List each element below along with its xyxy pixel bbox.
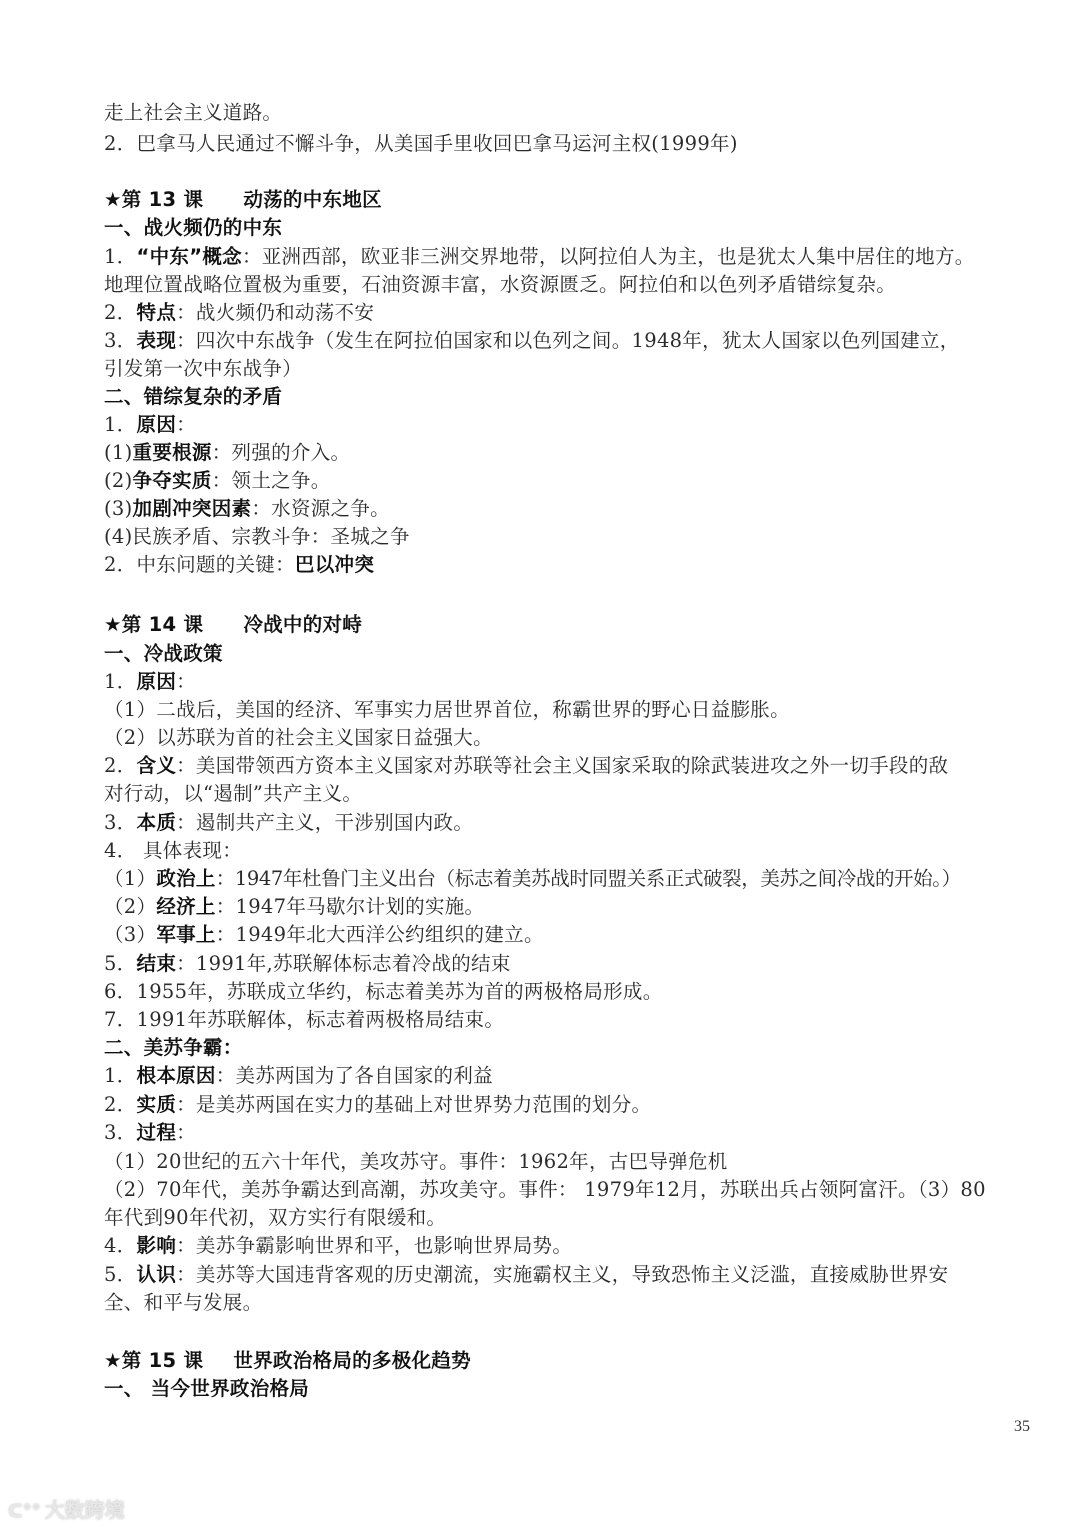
- sub-item: (3)加剧冲突因素：水资源之争。: [104, 495, 390, 523]
- intro-line-2: 2．巴拿马人民通过不懈斗争，从美国手里收回巴拿马运河主权(1999年): [104, 130, 738, 158]
- paragraph-cont: 引发第一次中东战争）: [104, 355, 302, 383]
- paragraph-cont: 全、和平与发展。: [104, 1289, 262, 1317]
- item-label: 争夺实质: [133, 469, 212, 492]
- paragraph: 1．原因：: [104, 411, 196, 439]
- paragraph: 3．本质：遏制共产主义，干涉别国内政。: [104, 809, 473, 837]
- item-label: 巴以冲突: [295, 553, 374, 576]
- lesson-number: 第 13 课: [122, 188, 204, 211]
- lesson-title: 世界政治格局的多极化趋势: [233, 1349, 471, 1372]
- item-number: 5．: [104, 952, 137, 975]
- sub-item: （2）70年代，美苏争霸达到高潮，苏攻美守。事件： 1979年12月，苏联出兵占…: [104, 1176, 986, 1204]
- watermark-text: 大数跨境: [45, 1498, 125, 1522]
- item-text: ：1947年马歇尔计划的实施。: [216, 895, 485, 918]
- lesson-title: 冷战中的对峙: [243, 613, 362, 636]
- lesson-15-heading: ★第 15 课世界政治格局的多极化趋势: [104, 1347, 471, 1375]
- item-number: 2．: [104, 301, 137, 324]
- paragraph: 3．表现：四次中东战争（发生在阿拉伯国家和以色列之间。1948年，犹太人国家以色…: [104, 327, 960, 355]
- paragraph: 2．实质：是美苏两国在实力的基础上对世界势力范围的划分。: [104, 1091, 651, 1119]
- item-number: 4．: [104, 1234, 137, 1257]
- colon: ：: [176, 413, 196, 436]
- sub-item: （1）20世纪的五六十年代，美攻苏守。事件：1962年，古巴导弹危机: [104, 1148, 728, 1176]
- lesson-number: 第 15 课: [122, 1349, 204, 1372]
- paragraph-cont: 地理位置战略位置极为重要，石油资源丰富，水资源匮乏。阿拉伯和以色列矛盾错综复杂。: [104, 271, 896, 299]
- sub-item: (1)重要根源：列强的介入。: [104, 439, 350, 467]
- item-number: (3): [104, 497, 133, 520]
- item-number: (2): [104, 469, 133, 492]
- item-label: 重要根源: [133, 441, 212, 464]
- item-number: 1．: [104, 1064, 137, 1087]
- colon: ：: [176, 670, 196, 693]
- watermark: ᑕ°°大数跨境: [8, 1494, 125, 1523]
- paragraph: 6．1955年，苏联成立华约，标志着美苏为首的两极格局形成。: [104, 978, 663, 1006]
- paragraph: 2．中东问题的关键：巴以冲突: [104, 551, 374, 579]
- item-text: ：水资源之争。: [251, 497, 390, 520]
- item-text: ：1991年,苏联解体标志着冷战的结束: [176, 952, 511, 975]
- item-text: ：遏制共产主义，干涉别国内政。: [176, 811, 473, 834]
- lesson-number: 第 14 课: [122, 613, 204, 636]
- sub-item: （2）经济上：1947年马歇尔计划的实施。: [104, 893, 484, 921]
- section-heading: 二、错综复杂的矛盾: [104, 383, 282, 411]
- item-label: 过程: [137, 1121, 177, 1144]
- item-number: 1．: [104, 245, 137, 268]
- intro-line-1: 走上社会主义道路。: [104, 99, 282, 127]
- sub-item: (2)争夺实质：领土之争。: [104, 467, 331, 495]
- item-label: 本质: [137, 811, 177, 834]
- item-text: ：战火频仍和动荡不安: [176, 301, 374, 324]
- section-heading: 一、 当今世界政治格局: [104, 1375, 309, 1403]
- watermark-logo-icon: ᑕ°°: [8, 1501, 41, 1522]
- item-label: 根本原因: [137, 1064, 216, 1087]
- paragraph: 2．含义：美国带领西方资本主义国家对苏联等社会主义国家采取的除武装进攻之外一切手…: [104, 752, 948, 780]
- item-text: ：美苏争霸影响世界和平，也影响世界局势。: [176, 1234, 572, 1257]
- item-number: 3．: [104, 1121, 137, 1144]
- paragraph: 3．过程：: [104, 1119, 196, 1147]
- item-number: 1．: [104, 413, 137, 436]
- item-label: 特点: [137, 301, 177, 324]
- item-label: “中东”概念: [137, 245, 242, 268]
- paragraph: 2．特点：战火频仍和动荡不安: [104, 299, 374, 327]
- star-icon: ★: [104, 613, 122, 636]
- item-label: 结束: [137, 952, 177, 975]
- sub-item: （3）军事上：1949年北大西洋公约组织的建立。: [104, 921, 544, 949]
- item-label: 表现: [137, 329, 177, 352]
- item-label: 原因: [137, 670, 177, 693]
- paragraph: 4． 具体表现：: [104, 837, 242, 865]
- page-number: 35: [1014, 1418, 1030, 1436]
- paragraph: 5．认识：美苏等大国违背客观的历史潮流，实施霸权主义，导致恐怖主义泛滥，直接威胁…: [104, 1261, 948, 1289]
- section-heading: 一、冷战政策: [104, 640, 223, 668]
- star-icon: ★: [104, 188, 122, 211]
- item-number: 2．: [104, 1093, 137, 1116]
- paragraph: 5．结束：1991年,苏联解体标志着冷战的结束: [104, 950, 511, 978]
- sub-item: （1）二战后，美国的经济、军事实力居世界首位，称霸世界的野心日益膨胀。: [104, 696, 790, 724]
- paragraph: 1．原因：: [104, 668, 196, 696]
- item-number: 3．: [104, 329, 137, 352]
- item-number: 1．: [104, 670, 137, 693]
- item-number: (1): [104, 441, 133, 464]
- item-label: 实质: [137, 1093, 177, 1116]
- section-heading: 一、战火频仍的中东: [104, 214, 282, 242]
- item-text: ：美苏两国为了各自国家的利益: [216, 1064, 493, 1087]
- item-label: 军事上: [156, 923, 215, 946]
- section-heading: 二、美苏争霸：: [104, 1034, 243, 1062]
- item-text: ：1949年北大西洋公约组织的建立。: [216, 923, 544, 946]
- paragraph: 1．“中东”概念：亚洲西部，欧亚非三洲交界地带，以阿拉伯人为主，也是犹太人集中居…: [104, 243, 975, 271]
- sub-item: (4)民族矛盾、宗教斗争：圣城之争: [104, 523, 410, 551]
- item-text: ：亚洲西部，欧亚非三洲交界地带，以阿拉伯人为主，也是犹太人集中居住的地方。: [242, 245, 975, 268]
- item-number: （3）: [104, 923, 156, 946]
- sub-item: （1）政治上：1947年杜鲁门主义出台（标志着美苏战时同盟关系正式破裂，美苏之间…: [104, 865, 961, 893]
- item-text: ：1947年杜鲁门主义出台（标志着美苏战时同盟关系正式破裂，美苏之间冷战的开始。…: [216, 867, 961, 890]
- item-text: 2．中东问题的关键：: [104, 553, 295, 576]
- item-text: ：列强的介入。: [212, 441, 351, 464]
- item-label: 政治上: [156, 867, 215, 890]
- item-text: ：是美苏两国在实力的基础上对世界势力范围的划分。: [176, 1093, 651, 1116]
- colon: ：: [176, 1121, 196, 1144]
- item-text: ：美国带领西方资本主义国家对苏联等社会主义国家采取的除武装进攻之外一切手段的敌: [176, 754, 948, 777]
- lesson-title: 动荡的中东地区: [243, 188, 382, 211]
- item-number: 5．: [104, 1263, 137, 1286]
- item-label: 影响: [137, 1234, 177, 1257]
- item-number: （2）: [104, 895, 156, 918]
- lesson-13-heading: ★第 13 课动荡的中东地区: [104, 186, 382, 214]
- paragraph: 1．根本原因：美苏两国为了各自国家的利益: [104, 1062, 493, 1090]
- item-text: ：领土之争。: [212, 469, 331, 492]
- star-icon: ★: [104, 1349, 122, 1372]
- lesson-14-heading: ★第 14 课冷战中的对峙: [104, 611, 362, 639]
- paragraph: 4．影响：美苏争霸影响世界和平，也影响世界局势。: [104, 1232, 572, 1260]
- item-label: 经济上: [156, 895, 215, 918]
- item-text: ：四次中东战争（发生在阿拉伯国家和以色列之间。1948年，犹太人国家以色列国建立…: [176, 329, 959, 352]
- sub-item: （2）以苏联为首的社会主义国家日益强大。: [104, 724, 493, 752]
- item-number: 2．: [104, 754, 137, 777]
- sub-item-cont: 年代到90年代初，双方实行有限缓和。: [104, 1204, 446, 1232]
- item-label: 含义: [137, 754, 177, 777]
- item-label: 加剧冲突因素: [133, 497, 252, 520]
- paragraph: 7．1991年苏联解体，标志着两极格局结束。: [104, 1006, 504, 1034]
- item-text: ：美苏等大国违背客观的历史潮流，实施霸权主义，导致恐怖主义泛滥，直接威胁世界安: [176, 1263, 948, 1286]
- item-label: 认识: [137, 1263, 177, 1286]
- paragraph-cont: 对行动，以“遏制”共产主义。: [104, 780, 362, 808]
- item-number: （1）: [104, 867, 156, 890]
- item-number: 3．: [104, 811, 137, 834]
- item-label: 原因: [137, 413, 177, 436]
